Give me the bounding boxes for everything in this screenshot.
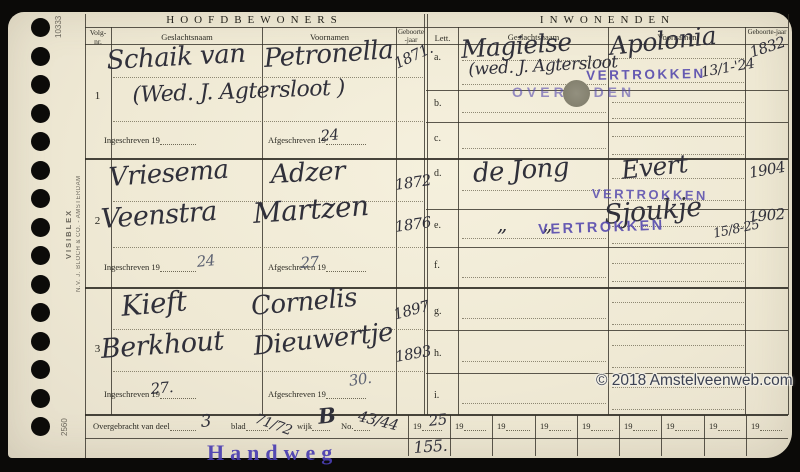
year-prefix: 19 bbox=[709, 421, 718, 431]
year-cell: 19 bbox=[624, 421, 657, 431]
write-line bbox=[612, 102, 744, 103]
handwritten-afgeschreven-value: 30. bbox=[348, 371, 372, 389]
row-number: 1 bbox=[85, 90, 110, 102]
write-line bbox=[612, 324, 744, 325]
grid-line bbox=[85, 14, 86, 458]
serial-number-bottom: 2560 bbox=[60, 406, 69, 448]
grid-line bbox=[85, 287, 788, 289]
label-text: Ingeschreven 19 bbox=[104, 262, 160, 272]
afgeschreven-label: Afgeschreven 19 bbox=[268, 389, 366, 399]
write-line bbox=[113, 247, 423, 248]
dotted-blank bbox=[549, 422, 571, 431]
write-line bbox=[462, 403, 606, 404]
write-line bbox=[612, 281, 744, 282]
year-prefix: 19 bbox=[455, 421, 464, 431]
handwritten-surname: de Jong bbox=[472, 154, 570, 187]
handwritten-surname: Veenstra bbox=[100, 198, 218, 233]
copyright-watermark: © 2018 Amstelveenweb.com bbox=[596, 372, 793, 390]
handwritten-afgeschreven-value: 27 bbox=[300, 255, 319, 271]
write-line bbox=[612, 409, 744, 410]
write-line bbox=[462, 361, 606, 362]
dotted-blank bbox=[675, 422, 699, 431]
year-prefix: 19 bbox=[624, 421, 633, 431]
row-letter: a. bbox=[434, 52, 441, 63]
write-line bbox=[462, 318, 606, 319]
row-letter: g. bbox=[434, 306, 442, 317]
dotted-blank bbox=[160, 263, 196, 272]
write-line bbox=[612, 302, 744, 303]
write-line bbox=[612, 118, 744, 119]
year-prefix: 19 bbox=[540, 421, 549, 431]
column-header-lett: Lett. bbox=[427, 33, 458, 43]
dotted-blank bbox=[633, 422, 657, 431]
handwritten-deel-value: 3 bbox=[200, 413, 212, 431]
handwritten-surname: Vriesema bbox=[108, 157, 229, 191]
write-line bbox=[462, 190, 606, 191]
year-cell: 19 bbox=[582, 421, 613, 431]
punch-hole bbox=[31, 246, 50, 265]
grid-line bbox=[788, 14, 789, 415]
row-letter: f. bbox=[434, 260, 440, 271]
punch-hole bbox=[31, 161, 50, 180]
grid-line bbox=[492, 415, 493, 456]
write-line bbox=[612, 243, 744, 244]
grid-line bbox=[408, 415, 409, 456]
year-cell: 19 bbox=[455, 421, 486, 431]
grid-line bbox=[746, 415, 747, 456]
year-cell: 19 bbox=[540, 421, 571, 431]
year-prefix: 19 bbox=[582, 421, 591, 431]
year-cell: 19 bbox=[751, 421, 782, 431]
punch-hole bbox=[31, 275, 50, 294]
grid-line bbox=[661, 415, 662, 456]
write-line bbox=[113, 371, 423, 372]
dotted-blank bbox=[760, 422, 782, 431]
year-prefix: 19 bbox=[497, 421, 506, 431]
handwritten-surname: Kieft bbox=[120, 287, 188, 321]
column-header-volgnr: Volg-nr. bbox=[86, 28, 110, 46]
grid-line bbox=[535, 415, 536, 456]
overgebracht-label: Overgebracht van deel bbox=[93, 421, 196, 431]
grid-line bbox=[577, 415, 578, 456]
row-letter: b. bbox=[434, 98, 442, 109]
grid-line bbox=[619, 415, 620, 456]
punch-hole bbox=[31, 389, 50, 408]
grid-line bbox=[426, 330, 788, 331]
label-text: Afgeschreven 19 bbox=[268, 135, 326, 145]
write-line bbox=[462, 112, 606, 113]
handwritten-ingeschreven-value: 27. bbox=[150, 380, 174, 397]
row-letter: d. bbox=[434, 168, 442, 179]
punch-hole bbox=[31, 218, 50, 237]
punch-hole bbox=[31, 332, 50, 351]
hoofdbewoners-title: HOOFDBEWONERS bbox=[85, 14, 424, 26]
year-cell: 19 bbox=[709, 421, 740, 431]
scanned-register-card: 10333 VISIBLEX N.V. J. BLOCH & CO. - AMS… bbox=[0, 0, 800, 472]
year-prefix: 19 bbox=[413, 421, 422, 431]
dotted-blank bbox=[506, 422, 530, 431]
write-line bbox=[612, 136, 744, 137]
handwritten-surname: Schaik van bbox=[106, 41, 246, 74]
row-letter: c. bbox=[434, 133, 441, 144]
dotted-blank bbox=[170, 422, 196, 431]
ingeschreven-label: Ingeschreven 19 bbox=[104, 135, 196, 145]
punch-hole bbox=[31, 75, 50, 94]
label-text: blad bbox=[231, 421, 246, 431]
dotted-blank bbox=[591, 422, 613, 431]
handwritten-wijk-value: B bbox=[317, 404, 336, 427]
write-line bbox=[612, 345, 744, 346]
write-line bbox=[462, 277, 606, 278]
handwritten-ingeschreven-value: 24 bbox=[196, 253, 216, 270]
year-prefix: 19 bbox=[751, 421, 760, 431]
handwritten-firstname: Adzer bbox=[270, 158, 346, 188]
label-text: wijk bbox=[297, 421, 312, 431]
row-letter: h. bbox=[434, 348, 442, 359]
dotted-blank bbox=[160, 136, 196, 145]
inwonenden-title: INWONENDEN bbox=[427, 14, 788, 26]
punch-hole bbox=[31, 417, 50, 436]
ingeschreven-label: Ingeschreven 19 bbox=[104, 262, 196, 272]
serial-number-top: 10333 bbox=[54, 6, 63, 48]
grid-line bbox=[450, 415, 451, 456]
punch-hole bbox=[31, 303, 50, 322]
label-text: No. bbox=[341, 421, 354, 431]
label-text: Ingeschreven 19 bbox=[104, 135, 160, 145]
label-text: Afgeschreven 19 bbox=[268, 389, 326, 399]
afgeschreven-label: Afgeschreven 19 bbox=[268, 135, 366, 145]
write-line bbox=[612, 263, 744, 264]
year-cell: 19 bbox=[497, 421, 530, 431]
punch-hole bbox=[31, 18, 50, 37]
dotted-blank bbox=[464, 422, 486, 431]
handwritten-firstname: Martzen bbox=[252, 192, 370, 228]
year-prefix: 19 bbox=[666, 421, 675, 431]
grid-line bbox=[458, 27, 459, 415]
handwritten-afgeschreven-value: 24 bbox=[320, 127, 339, 144]
vertrokken-stamp: VERTROKKEN bbox=[586, 66, 706, 83]
write-line bbox=[462, 148, 606, 149]
handweg-stamp: Handweg bbox=[207, 440, 338, 466]
grid-line bbox=[704, 415, 705, 456]
punch-hole bbox=[31, 189, 50, 208]
handwritten-firstname: Evert bbox=[620, 151, 689, 183]
punch-hole bbox=[31, 47, 50, 66]
row-letter: i. bbox=[434, 390, 439, 401]
dotted-blank bbox=[326, 263, 366, 272]
write-line bbox=[462, 238, 606, 239]
dotted-blank bbox=[326, 390, 366, 399]
label-text: Overgebracht van deel bbox=[93, 421, 170, 431]
punch-hole bbox=[31, 360, 50, 379]
grid-line bbox=[426, 247, 788, 248]
brand-company-vertical: N.V. J. BLOCH & CO. - AMSTERDAM bbox=[76, 146, 82, 322]
handwritten-year-sub-value: 155. bbox=[413, 438, 448, 456]
grid-line bbox=[426, 122, 788, 123]
row-letter: e. bbox=[434, 220, 441, 231]
punch-hole bbox=[31, 104, 50, 123]
brand-name-vertical: VISIBLEX bbox=[64, 150, 73, 318]
handwritten-surname: Berkhout bbox=[100, 327, 225, 363]
punch-hole bbox=[31, 132, 50, 151]
write-line bbox=[113, 121, 423, 122]
hole-punch-mark bbox=[563, 80, 590, 107]
dotted-blank bbox=[718, 422, 740, 431]
handwritten-year-value: 25 bbox=[428, 412, 448, 429]
year-cell: 19 bbox=[666, 421, 699, 431]
write-line bbox=[612, 367, 744, 368]
